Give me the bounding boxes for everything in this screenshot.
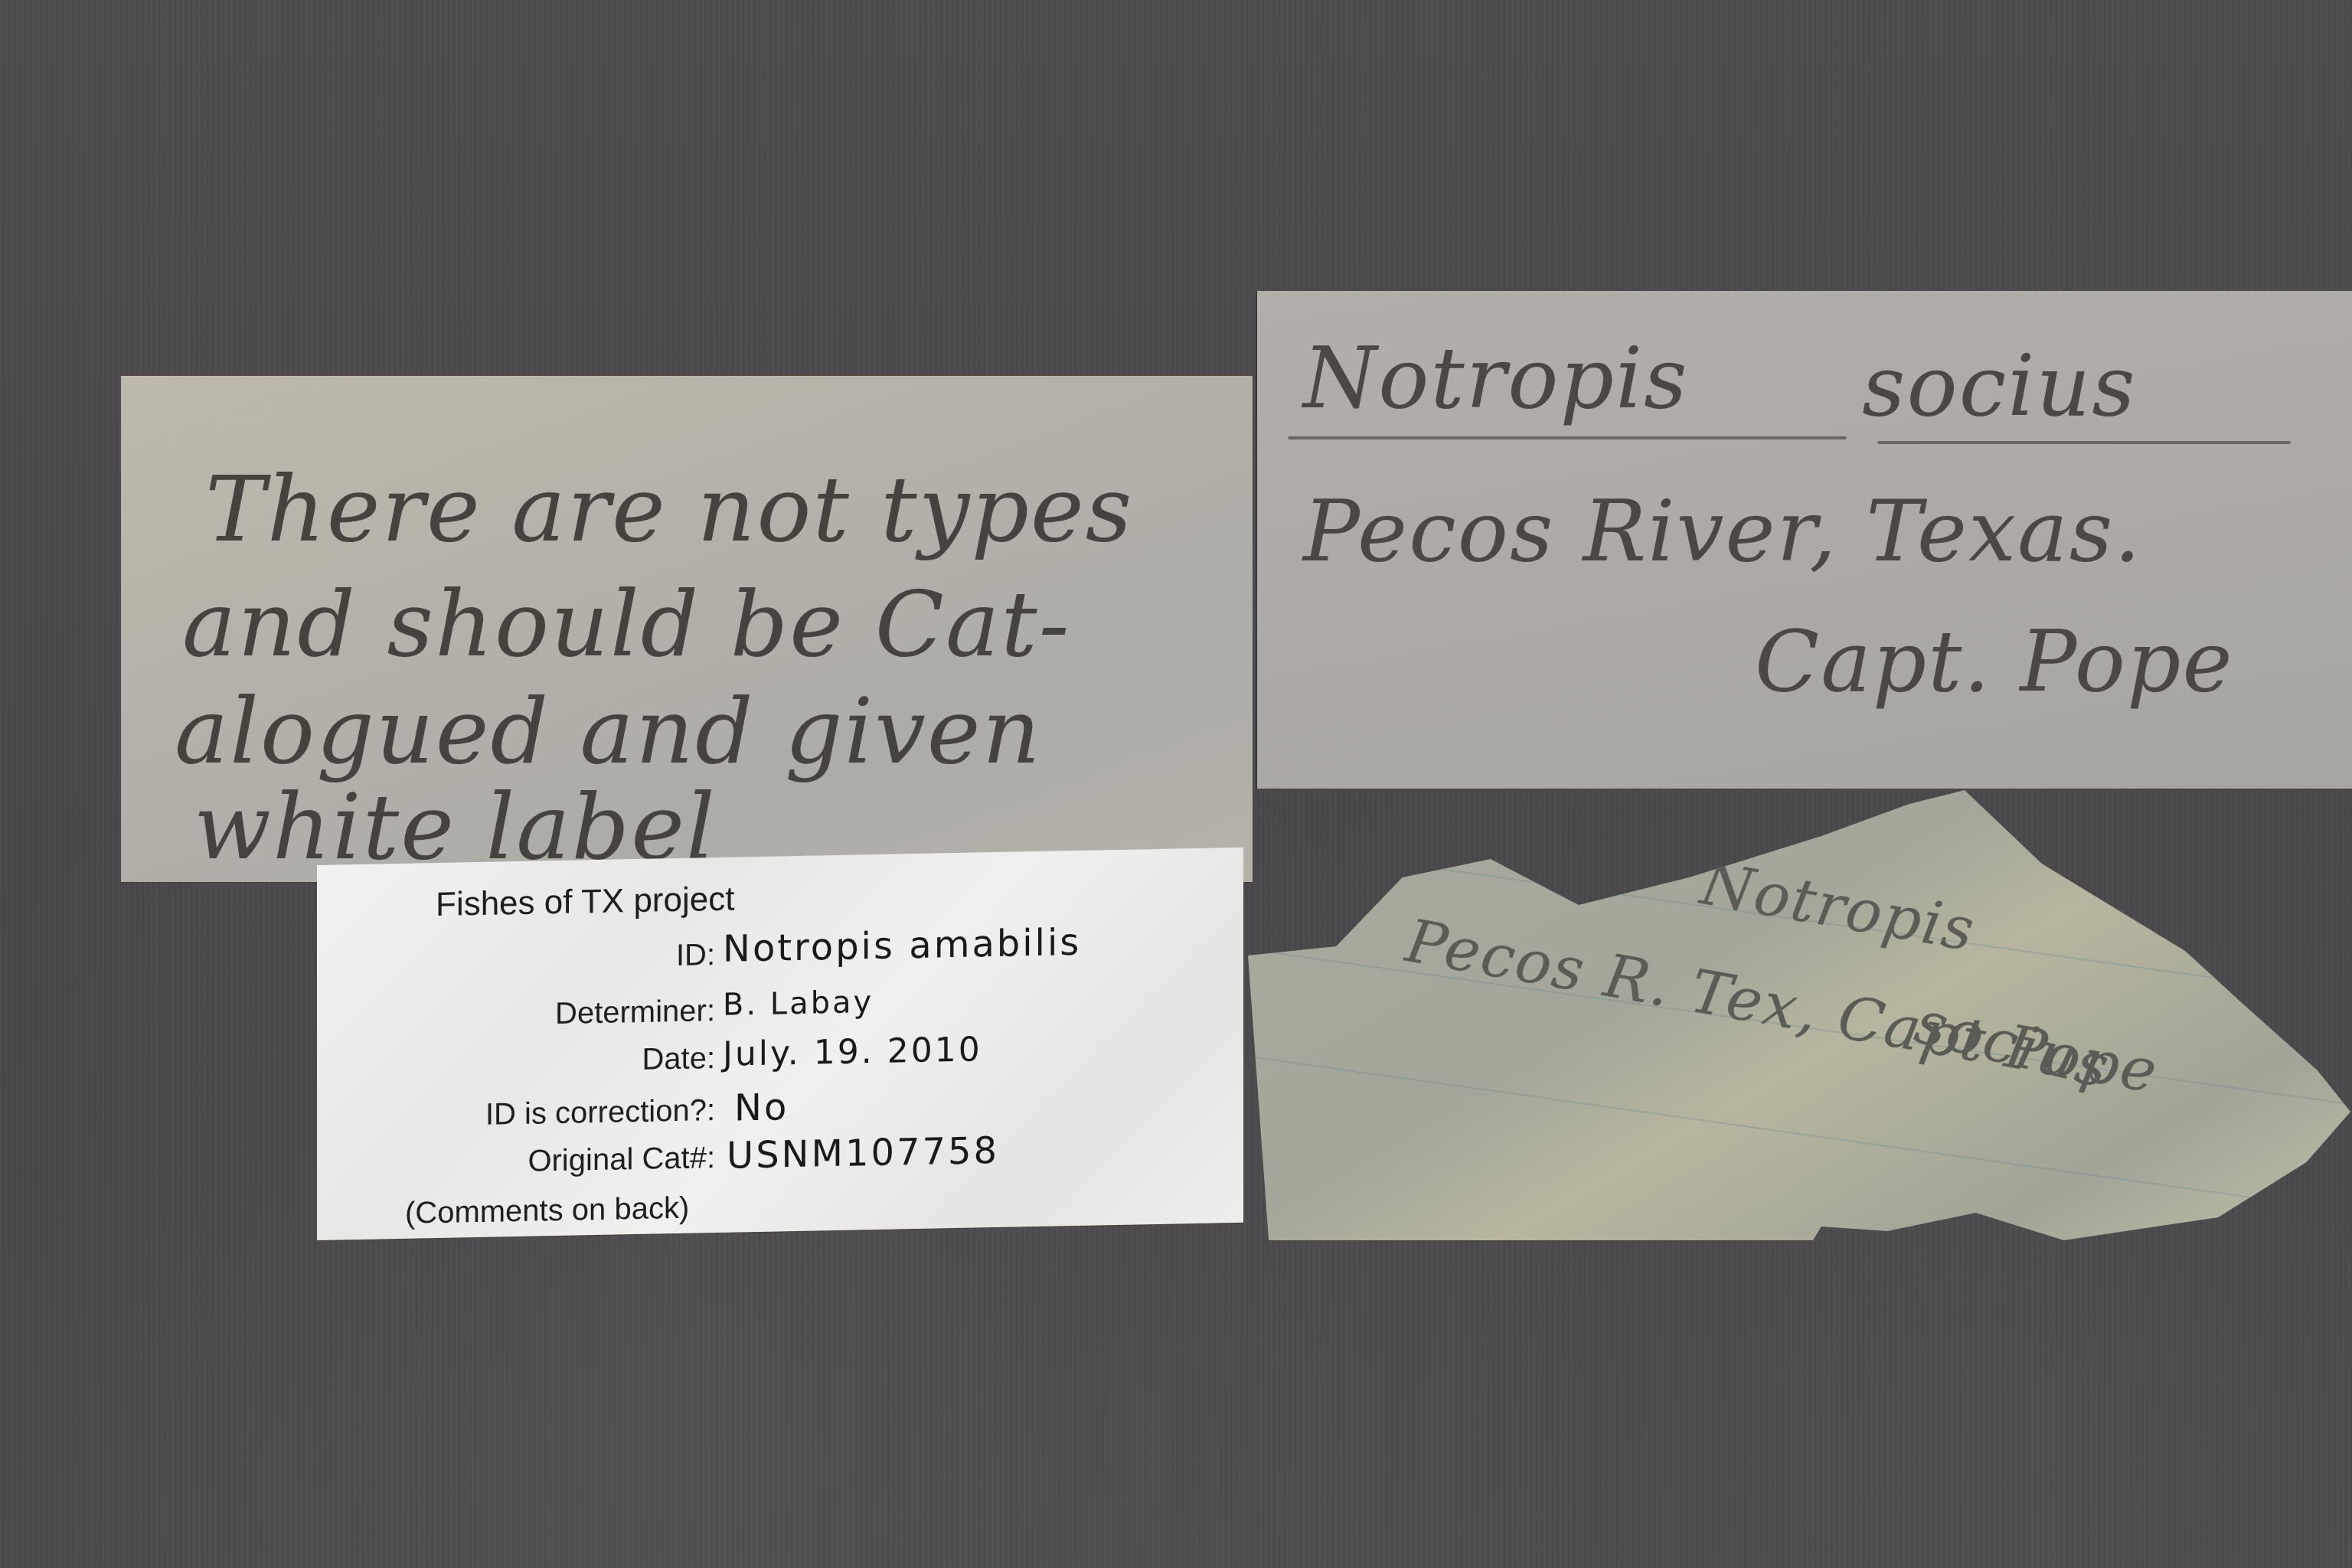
torn-original-label: Notropis socius Pecos R. Tex, Capt Pope <box>1248 781 2350 1240</box>
genus-underline <box>1288 436 1847 439</box>
torn-locality-text: Pecos R. Tex, Capt Pope <box>1401 906 2164 1106</box>
handwritten-note-types: There are not types and should be Cat- a… <box>121 375 1253 882</box>
note-line-3: alogued and given <box>175 678 1042 784</box>
field-label-correction: ID is correction?: <box>485 1093 715 1132</box>
species-text: socius <box>1862 337 2137 435</box>
field-label-id: ID: <box>676 938 715 973</box>
note-line-1: There are not types <box>205 456 1133 562</box>
determination-label: Fishes of TX project ID: Notropis amabil… <box>317 848 1243 1240</box>
label-title: Fishes of TX project <box>436 880 734 924</box>
field-value-correction: No <box>734 1086 789 1129</box>
locality-text: Pecos River, Texas. <box>1303 482 2142 580</box>
species-underline <box>1877 441 2291 444</box>
field-label-catalog: Original Cat#: <box>528 1141 715 1179</box>
field-value-catalog: USNM107758 <box>727 1129 999 1178</box>
field-value-id: Notropis amabilis <box>723 921 1081 971</box>
comments-note: (Comments on back) <box>405 1191 689 1231</box>
field-value-date: July. 19. 2010 <box>723 1030 982 1074</box>
field-label-determiner: Determiner: <box>555 994 715 1031</box>
original-locality-label: Notropis socius Pecos River, Texas. Capt… <box>1256 291 2352 789</box>
note-line-2: and should be Cat- <box>182 571 1071 677</box>
field-label-date: Date: <box>642 1041 715 1077</box>
field-value-determiner: B. Labay <box>723 985 874 1023</box>
collector-text: Capt. Pope <box>1755 612 2234 710</box>
genus-text: Notropis <box>1303 329 1689 427</box>
torn-genus-text: Notropis <box>1696 849 1981 965</box>
